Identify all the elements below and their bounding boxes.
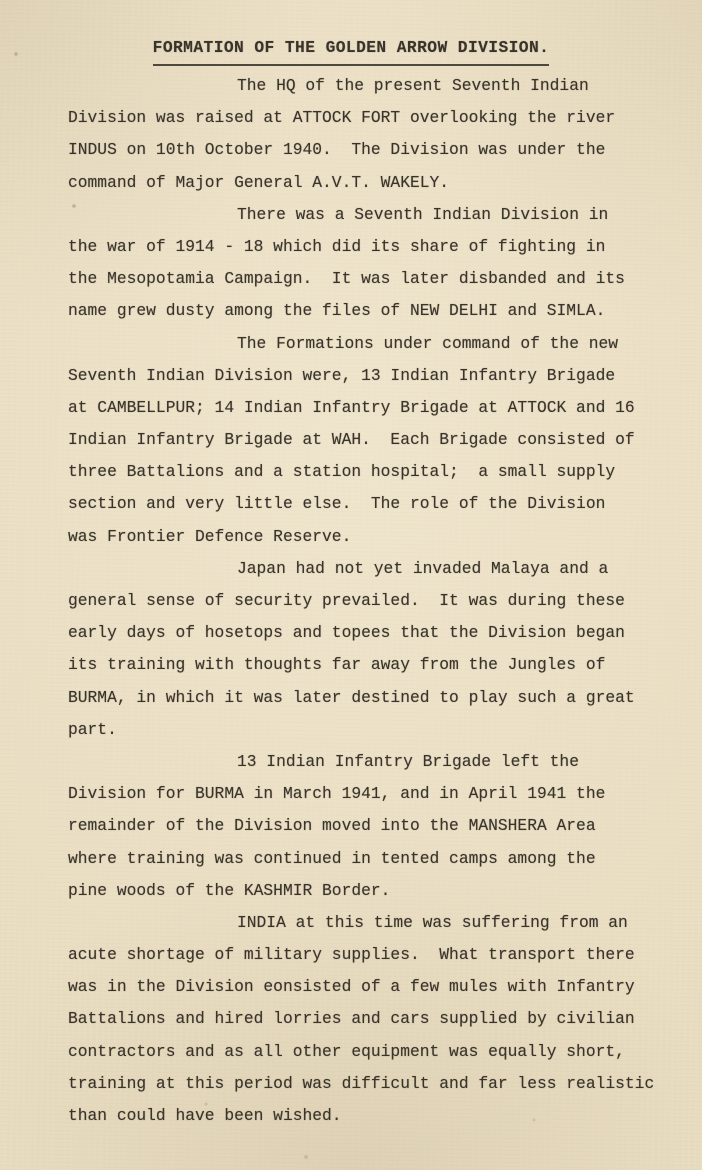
text-line: its training with thoughts far away from… xyxy=(68,649,682,681)
text-line: contractors and as all other equipment w… xyxy=(68,1036,682,1068)
text-line: than could have been wished. xyxy=(68,1100,682,1132)
text-line: remainder of the Division moved into the… xyxy=(68,810,682,842)
text-line: training at this period was difficult an… xyxy=(68,1068,682,1100)
text-line: general sense of security prevailed. It … xyxy=(68,585,682,617)
text-line: Seventh Indian Division were, 13 Indian … xyxy=(68,360,682,392)
text-line: acute shortage of military supplies. Wha… xyxy=(68,939,682,971)
text-line: part. xyxy=(68,714,682,746)
text-line: Battalions and hired lorries and cars su… xyxy=(68,1003,682,1035)
text-line: section and very little else. The role o… xyxy=(68,488,682,520)
paragraph-first-line: There was a Seventh Indian Division in xyxy=(68,199,682,231)
text-line: INDUS on 10th October 1940. The Division… xyxy=(68,134,682,166)
text-line: command of Major General A.V.T. WAKELY. xyxy=(68,167,682,199)
text-line: the war of 1914 - 18 which did its share… xyxy=(68,231,682,263)
text-line: at CAMBELLPUR; 14 Indian Infantry Brigad… xyxy=(68,392,682,424)
title-row: FORMATION OF THE GOLDEN ARROW DIVISION. xyxy=(0,33,702,66)
text-line: where training was continued in tented c… xyxy=(68,843,682,875)
text-line: three Battalions and a station hospital;… xyxy=(68,456,682,488)
text-line: BURMA, in which it was later destined to… xyxy=(68,682,682,714)
paragraph-first-line: The HQ of the present Seventh Indian xyxy=(68,70,682,102)
text-line: pine woods of the KASHMIR Border. xyxy=(68,875,682,907)
paragraph-first-line: INDIA at this time was suffering from an xyxy=(68,907,682,939)
text-line: the Mesopotamia Campaign. It was later d… xyxy=(68,263,682,295)
text-line: name grew dusty among the files of NEW D… xyxy=(68,295,682,327)
page-title: FORMATION OF THE GOLDEN ARROW DIVISION. xyxy=(153,33,550,66)
document-body: The HQ of the present Seventh IndianDivi… xyxy=(68,70,682,1132)
text-line: Indian Infantry Brigade at WAH. Each Bri… xyxy=(68,424,682,456)
paragraph-first-line: The Formations under command of the new xyxy=(68,328,682,360)
text-line: early days of hosetops and topees that t… xyxy=(68,617,682,649)
text-line: Division was raised at ATTOCK FORT overl… xyxy=(68,102,682,134)
text-line: Division for BURMA in March 1941, and in… xyxy=(68,778,682,810)
paragraph-first-line: Japan had not yet invaded Malaya and a xyxy=(68,553,682,585)
text-line: was in the Division eonsisted of a few m… xyxy=(68,971,682,1003)
document-page: FORMATION OF THE GOLDEN ARROW DIVISION. … xyxy=(0,0,702,1170)
text-line: was Frontier Defence Reserve. xyxy=(68,521,682,553)
paragraph-first-line: 13 Indian Infantry Brigade left the xyxy=(68,746,682,778)
